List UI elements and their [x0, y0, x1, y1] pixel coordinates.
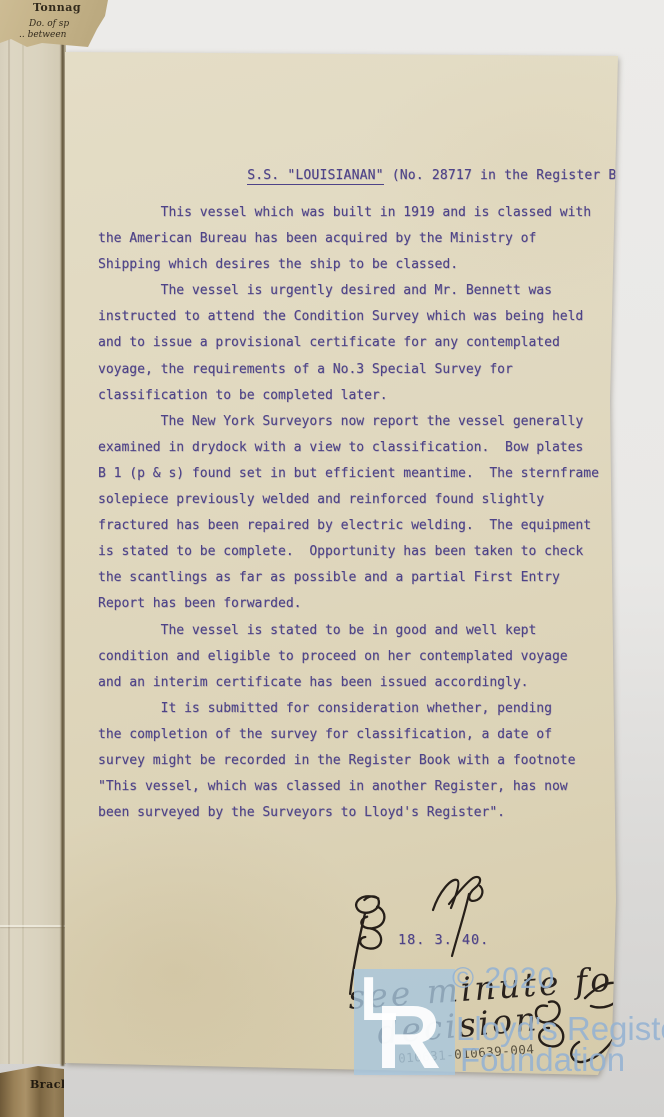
- vessel-name: S.S. "LOUISIANAN": [247, 168, 383, 185]
- body-line: survey might be recorded in the Register…: [98, 748, 614, 774]
- signature-initials-above-date: [425, 870, 485, 960]
- scrap-text: Tonnag: [33, 1, 81, 14]
- body-line: the American Bureau has been acquired by…: [98, 226, 614, 252]
- adjacent-page-edge: [0, 36, 66, 1064]
- body-line: The New York Surveyors now report the ve…: [98, 409, 614, 435]
- body-line: fractured has been repaired by electric …: [98, 513, 614, 539]
- body-line: Shipping which desires the ship to be cl…: [98, 252, 614, 278]
- body-line: the scantlings as far as possible and a …: [98, 565, 614, 591]
- body-line: Report has been forwarded.: [98, 591, 614, 617]
- body-line: the completion of the survey for classif…: [98, 722, 614, 748]
- body-line: "This vessel, which was classed in anoth…: [98, 774, 614, 800]
- register-book-reference: (No. 28717 in the Register Book): [384, 168, 649, 183]
- document-title: S.S. "LOUISIANAN" (No. 28717 in the Regi…: [183, 153, 649, 198]
- body-line: and to issue a provisional certificate f…: [98, 330, 614, 356]
- logo-letter-r: R: [376, 993, 441, 1083]
- paper-crease: [8, 36, 10, 1064]
- scrap-text: Brack: [30, 1078, 69, 1091]
- paper-crease: [22, 36, 24, 1064]
- torn-printed-scrap-top: Tonnag Do. of sp .. between: [0, 0, 108, 48]
- body-line: voyage, the requirements of a No.3 Speci…: [98, 357, 614, 383]
- body-line: is stated to be complete. Opportunity ha…: [98, 539, 614, 565]
- document-body: This vessel which was built in 1919 and …: [98, 200, 614, 826]
- body-line: classification to be completed later.: [98, 383, 614, 409]
- report-page: S.S. "LOUISIANAN" (No. 28717 in the Regi…: [65, 52, 618, 1075]
- body-line: instructed to attend the Condition Surve…: [98, 304, 614, 330]
- watermark-copyright: © 2020: [452, 962, 555, 996]
- body-line: The vessel is urgently desired and Mr. B…: [98, 278, 614, 304]
- binding-gutter-shadow: [60, 42, 65, 1066]
- scrap-text: .. between: [19, 30, 66, 40]
- paper-crease: [0, 925, 66, 927]
- body-line: been surveyed by the Surveyors to Lloyd'…: [98, 800, 614, 826]
- torn-printed-scrap-bottom: Brack: [0, 1066, 64, 1117]
- body-line: solepiece previously welded and reinforc…: [98, 487, 614, 513]
- scrap-text: Do. of sp: [29, 19, 69, 29]
- body-line: B 1 (p & s) found set in but efficient m…: [98, 461, 614, 487]
- lr-foundation-logo: L R: [354, 969, 455, 1075]
- body-line: The vessel is stated to be in good and w…: [98, 618, 614, 644]
- body-line: condition and eligible to proceed on her…: [98, 644, 614, 670]
- body-line: This vessel which was built in 1919 and …: [98, 200, 614, 226]
- watermark-org-name-2: Foundation: [460, 1041, 625, 1079]
- body-line: examined in drydock with a view to class…: [98, 435, 614, 461]
- body-line: and an interim certificate has been issu…: [98, 670, 614, 696]
- body-line: It is submitted for consideration whethe…: [98, 696, 614, 722]
- scanned-document-photo: Tonnag Do. of sp .. between Brack S.S. "…: [0, 0, 664, 1117]
